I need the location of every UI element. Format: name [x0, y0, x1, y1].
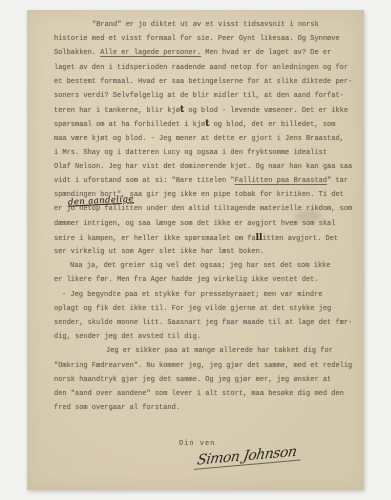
typed-text: Olaf Nelson. Jeg har vist det dominerend… — [54, 163, 352, 171]
typed-text: Men hvad er de laget av? De er — [201, 49, 331, 57]
letter-line: er likere før. Men fra Ager hadde jeg vi… — [54, 273, 352, 287]
letter-line: er jo netop fallitten under den altid ti… — [54, 202, 352, 216]
typed-text: Naa ja, det greier sig vel det ogsaa; je… — [70, 262, 330, 270]
typed-text: er likere før. Men fra Ager hadde jeg vi… — [54, 276, 319, 284]
typed-text: Solbakken. — [54, 49, 100, 57]
typed-text: fred som overgaar al forstand. — [54, 404, 180, 412]
letter-line: oplagt og fik det ikke til. For jeg vild… — [54, 302, 352, 316]
typed-text: i Mrs. Shay og i datteren Lucy og ogsaa … — [54, 149, 327, 157]
letter-line: norsk haandtryk gjør jeg det samme. Og j… — [54, 373, 352, 387]
letter-line: sender, skulde monne litt. Saasnart jeg … — [54, 316, 352, 330]
typed-text: historie med et visst formaal for sie. P… — [54, 35, 340, 43]
typed-text: Alle er lagede personer. — [100, 49, 201, 57]
typed-text: " tar — [327, 177, 348, 185]
typed-text: itten avgjort. Det — [262, 235, 338, 243]
letter-line: "Omkring Fædrearven". Nu kommer jeg, jeg… — [54, 359, 352, 373]
letter-closing: Din ven — [179, 440, 215, 448]
letter-line: den "aand over aandene" som lever i alt … — [54, 387, 352, 401]
letter-line: fred som overgaar al forstand. — [54, 401, 352, 415]
typed-text: vidt i uforstand som at si: "Bare titele… — [54, 177, 235, 185]
letter-line: dig, sender jeg det avsted til dig. — [54, 330, 352, 344]
typed-text: dæmmer intrigen, og saa længe som det ik… — [54, 220, 335, 228]
letter-line: teren har i tankerne, blir kjøt og blod … — [54, 103, 352, 117]
typed-text: spørsmaal om at ha forbilledet i kjø — [54, 121, 205, 129]
typed-text: laget av den i tidsperioden raadende aan… — [54, 64, 348, 72]
letter-line: - Jeg begyndte paa et stykke for presseb… — [54, 288, 352, 302]
typed-text: den "aand over aandene" som lever i alt … — [54, 390, 344, 398]
letter-line: Olaf Nelson. Jeg har vist det dominerend… — [54, 160, 352, 174]
typed-text: - Jeg begyndte paa et stykke for presseb… — [62, 291, 322, 299]
letter-line: maa være kjøt og blod. - Jeg mener at de… — [54, 132, 352, 146]
typed-text: Fallitten paa Braastad — [235, 177, 327, 185]
typed-text: et bestemt formaal. Hvad er saa betingel… — [54, 78, 352, 86]
letter-line: spørsmaal om at ha forbilledet i kjøt og… — [54, 117, 352, 131]
letter-line: seire i kampen, er heller ikke spørsmaal… — [54, 231, 352, 245]
typed-text: "Omkring Fædrearven". Nu kommer jeg, jeg… — [54, 362, 352, 370]
letter-line: dæmmer intrigen, og saa længe som det ik… — [54, 217, 352, 231]
typed-text: soners verdi? Selvfølgelig at de blir mi… — [54, 92, 344, 100]
typed-text: norsk haandtryk gjør jeg det samme. Og j… — [54, 376, 331, 384]
letter-line: et bestemt formaal. Hvad er saa betingel… — [54, 75, 352, 89]
letter-body: "Brand" er jo diktet ut av et visst tids… — [54, 18, 352, 415]
typed-text: ser virkelig ut som Ager slet ikke har l… — [54, 248, 264, 256]
letter-line: "Brand" er jo diktet ut av et visst tids… — [54, 18, 352, 32]
typed-text: og blod - levende væsener. Det er ikke — [184, 107, 348, 115]
typed-text: seire i kampen, er heller ikke spørsmaal… — [54, 235, 256, 243]
letter-line: Jeg er sikker paa at mange allerede har … — [54, 344, 352, 358]
letter-line: ser virkelig ut som Ager slet ikke har l… — [54, 245, 352, 259]
letter-line: soners verdi? Selvfølgelig at de blir mi… — [54, 89, 352, 103]
typed-text: dig, sender jeg det avsted til dig. — [54, 333, 201, 341]
letter-line: Solbakken. Alle er lagede personer. Men … — [54, 46, 352, 60]
letter-line: Naa ja, det greier sig vel det ogsaa; je… — [54, 259, 352, 273]
letter-paper: "Brand" er jo diktet ut av et visst tids… — [27, 10, 364, 490]
typed-text: teren har i tankerne, blir kjø — [54, 107, 180, 115]
letter-line: laget av den i tidsperioden raadende aan… — [54, 61, 352, 75]
typed-text: "Brand" er jo diktet ut av et visst tids… — [92, 21, 319, 29]
letter-line: vidt i uforstand som at si: "Bare titele… — [54, 174, 352, 188]
typed-text: maa være kjøt og blod. - Jeg mener at de… — [54, 135, 344, 143]
typed-text: sender, skulde monne litt. Saasnart jeg … — [54, 319, 352, 327]
typed-text: Jeg er sikker paa at mange allerede har … — [106, 347, 333, 355]
letter-line: i Mrs. Shay og i datteren Lucy og ogsaa … — [54, 146, 352, 160]
letter-scan: "Brand" er jo diktet ut av et visst tids… — [0, 0, 391, 500]
typed-text: oplagt og fik det ikke til. For jeg vild… — [54, 305, 331, 313]
typed-text: og blod, det er billedet, som — [209, 121, 335, 129]
letter-line: historie med et visst formaal for sie. P… — [54, 32, 352, 46]
